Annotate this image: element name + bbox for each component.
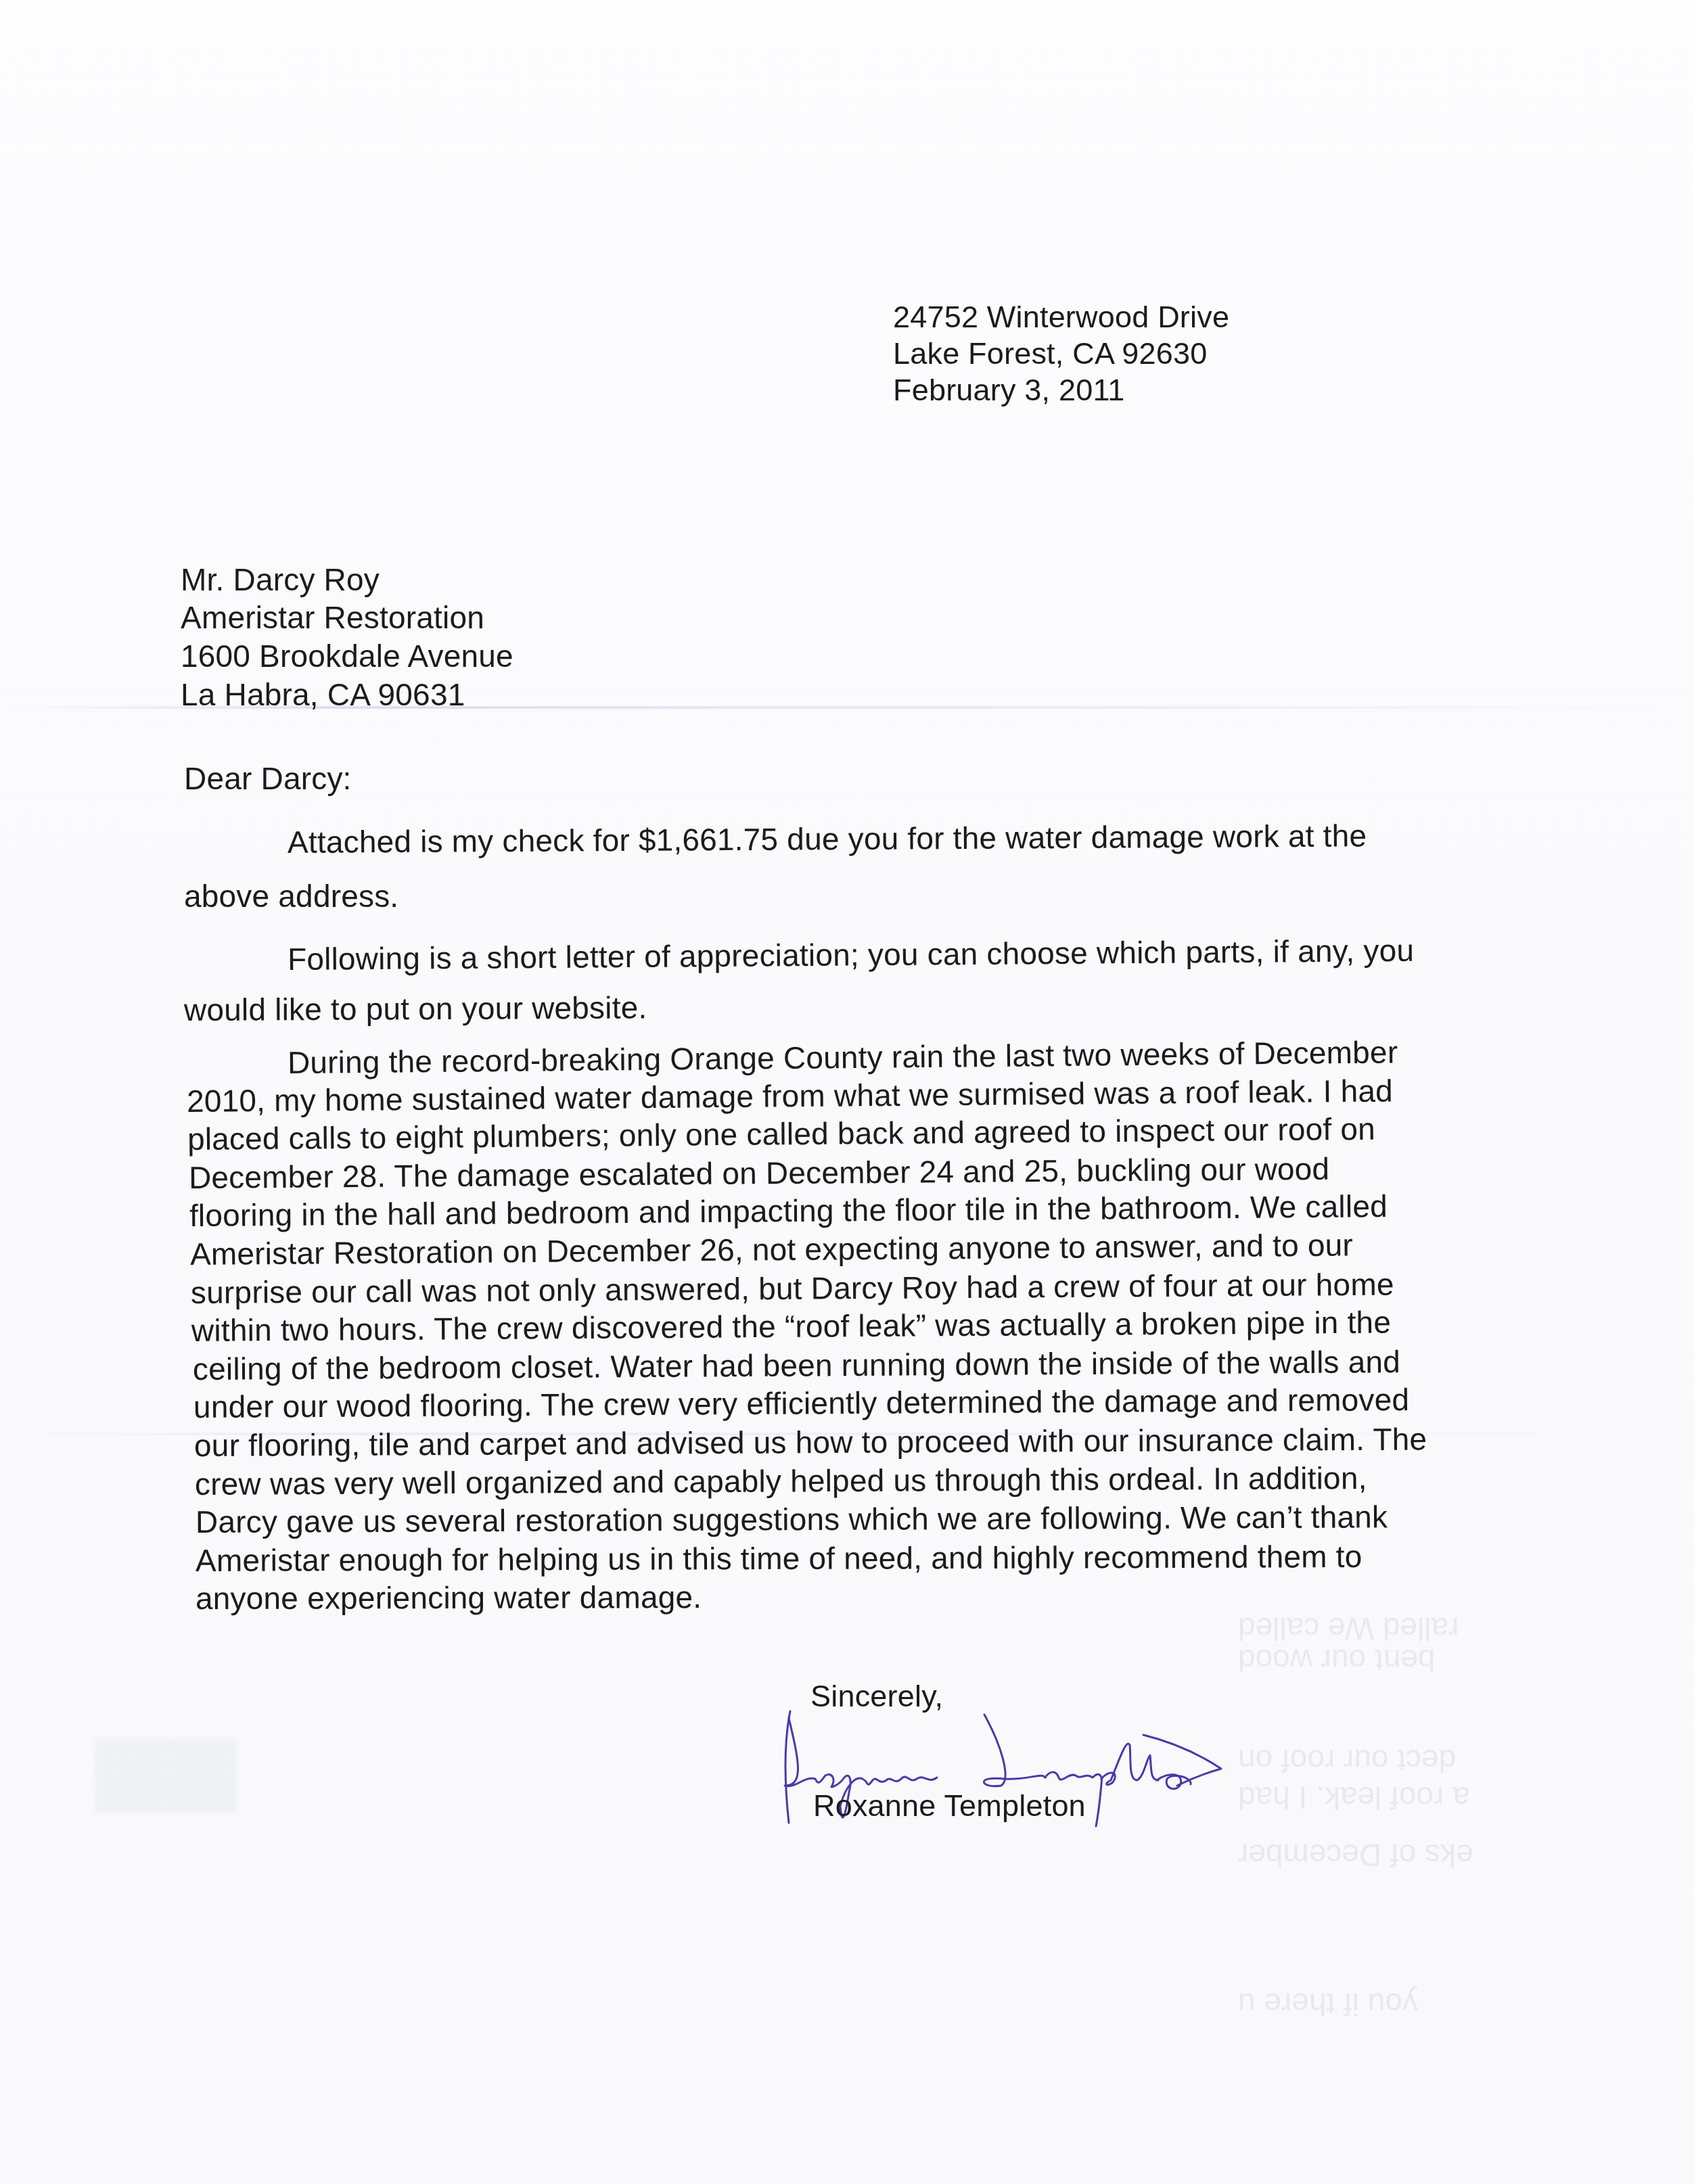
paragraph-line: 2010, my home sustained water damage fro… xyxy=(187,1075,1393,1117)
stamp-smudge xyxy=(95,1738,237,1813)
signature-name: Roxanne Templeton xyxy=(813,1790,1086,1821)
letter-date: February 3, 2011 xyxy=(893,375,1125,405)
recipient-street: 1600 Brookdale Avenue xyxy=(181,641,513,672)
sender-street: 24752 Winterwood Drive xyxy=(893,302,1229,332)
paragraph-line: surprise our call was not only answered,… xyxy=(191,1268,1394,1307)
paragraph-line: within two hours. The crew discovered th… xyxy=(191,1307,1391,1346)
paragraph-line: our flooring, tile and carpet and advise… xyxy=(194,1423,1427,1461)
recipient-company: Ameristar Restoration xyxy=(181,602,484,633)
bleed-through-text: you if there u xyxy=(1238,1989,1418,2020)
sender-city-state-zip: Lake Forest, CA 92630 xyxy=(893,338,1207,369)
recipient-name: Mr. Darcy Roy xyxy=(181,564,380,595)
bleed-through-text: bent our wood xyxy=(1238,1645,1436,1676)
paragraph-line: placed calls to eight plumbers; only one… xyxy=(187,1113,1375,1155)
paragraph-line: above address. xyxy=(184,881,398,912)
paragraph-line: During the record-breaking Orange County… xyxy=(288,1036,1398,1078)
paragraph-line: Attached is my check for $1,661.75 due y… xyxy=(288,820,1367,858)
paragraph-line: Darcy gave us several restoration sugges… xyxy=(196,1501,1388,1537)
paragraph-line: Following is a short letter of appreciat… xyxy=(288,935,1414,975)
paragraph-line: would like to put on your website. xyxy=(184,992,647,1025)
salutation: Dear Darcy: xyxy=(184,763,352,794)
paragraph-line: crew was very well organized and capably… xyxy=(195,1462,1367,1500)
letter-page: ralled We called bent our wood dect our … xyxy=(0,0,1694,2184)
bleed-through-text: ralled We called xyxy=(1238,1613,1459,1644)
bleed-through-text: eks of December xyxy=(1238,1840,1473,1871)
paragraph-line: anyone experiencing water damage. xyxy=(196,1581,702,1614)
paragraph-line: under our wood flooring. The crew very e… xyxy=(193,1384,1410,1422)
recipient-city-state-zip: La Habra, CA 90631 xyxy=(181,679,465,710)
paragraph-line: ceiling of the bedroom closet. Water had… xyxy=(192,1346,1400,1385)
paragraph-line: flooring in the hall and bedroom and imp… xyxy=(189,1190,1388,1231)
paragraph-line: December 28. The damage escalated on Dec… xyxy=(188,1153,1329,1193)
paragraph-line: Ameristar enough for helping us in this … xyxy=(196,1541,1363,1576)
paragraph-line: Ameristar Restoration on December 26, no… xyxy=(190,1230,1353,1270)
